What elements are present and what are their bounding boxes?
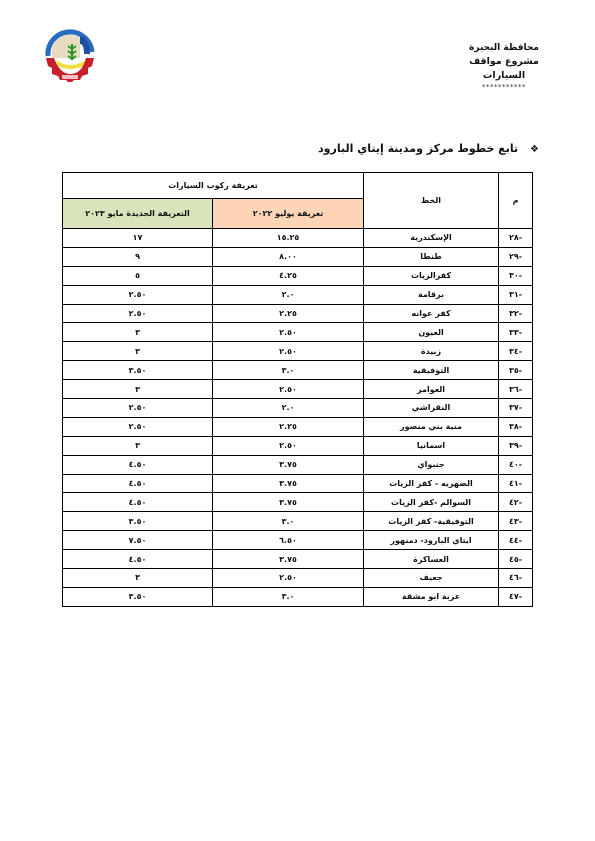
table-row: -٣٥التوفيقية٣.٠٣.٥٠ <box>63 361 533 380</box>
row-number: -٤٤ <box>499 531 533 550</box>
new-fare: ٢.٥٠ <box>63 304 213 323</box>
diamond-bullet-icon: ❖ <box>530 144 539 155</box>
route-name: ايتاي البارود- دمنهور <box>364 531 499 550</box>
old-fare: ٢.٥٠ <box>213 436 364 455</box>
row-number: -٣٠ <box>499 266 533 285</box>
row-number: -٤٧ <box>499 587 533 606</box>
table-row: -٢٨الإسكندرية١٥.٢٥١٧ <box>63 229 533 248</box>
header-fare-group: تعريفة ركوب السيارات <box>63 173 364 199</box>
row-number: -٣٣ <box>499 323 533 342</box>
row-number: -٣٧ <box>499 399 533 418</box>
row-number: -٣١ <box>499 285 533 304</box>
route-name: التوفيقية- كفر الزيات <box>364 512 499 531</box>
new-fare: ٢.٥٠ <box>63 399 213 418</box>
route-name: النقراشي <box>364 399 499 418</box>
route-name: الإسكندرية <box>364 229 499 248</box>
governorate-emblem-icon <box>40 18 100 84</box>
route-name: جعيف <box>364 569 499 588</box>
row-number: -٣٩ <box>499 436 533 455</box>
old-fare: ٢.٢٥ <box>213 417 364 436</box>
table-row: -٤١الضهريه - كفر الزيات٣.٧٥٤.٥٠ <box>63 474 533 493</box>
row-number: -٤٥ <box>499 550 533 569</box>
new-fare: ٣ <box>63 569 213 588</box>
old-fare: ٤.٢٥ <box>213 266 364 285</box>
project-name: مشروع مواقف السيارات <box>449 55 559 83</box>
new-fare: ٣.٥٠ <box>63 587 213 606</box>
route-name: كفرالزيات <box>364 266 499 285</box>
new-fare: ٣ <box>63 342 213 361</box>
old-fare: ٣.٧٥ <box>213 474 364 493</box>
table-row: -٢٩طنطا٨.٠٠٩ <box>63 247 533 266</box>
row-number: -٤٦ <box>499 569 533 588</box>
row-number: -٣٨ <box>499 417 533 436</box>
route-name: جنبواي <box>364 455 499 474</box>
governorate-logo <box>40 18 100 84</box>
route-name: منية بني منصور <box>364 417 499 436</box>
header-index: م <box>499 173 533 229</box>
new-fare: ٣ <box>63 323 213 342</box>
decorative-stars: *********** <box>449 83 559 92</box>
route-name: كفر عوانه <box>364 304 499 323</box>
row-number: -٣٥ <box>499 361 533 380</box>
row-number: -٢٩ <box>499 247 533 266</box>
old-fare: ٨.٠٠ <box>213 247 364 266</box>
route-name: السوالم -كفر الزيات <box>364 493 499 512</box>
row-number: -٣٦ <box>499 380 533 399</box>
new-fare: ٣.٥٠ <box>63 361 213 380</box>
old-fare: ٣.٧٥ <box>213 455 364 474</box>
fares-table: م الخط تعريفة ركوب السيارات تعريفة يوليو… <box>62 172 533 607</box>
new-fare: ٥ <box>63 266 213 285</box>
table-row: -٤٤ايتاي البارود- دمنهور٦.٥٠٧.٥٠ <box>63 531 533 550</box>
table-row: -٣٤زبيدة٢.٥٠٣ <box>63 342 533 361</box>
table-row: -٣٢كفر عوانه٢.٢٥٢.٥٠ <box>63 304 533 323</box>
old-fare: ٣.٠ <box>213 587 364 606</box>
old-fare: ٣.٧٥ <box>213 493 364 512</box>
row-number: -٣٤ <box>499 342 533 361</box>
table-row: -٣١برقامة٢.٠٢.٥٠ <box>63 285 533 304</box>
new-fare: ٣ <box>63 380 213 399</box>
old-fare: ٢.٢٥ <box>213 304 364 323</box>
table-row: -٣٩اسمانيا٢.٥٠٣ <box>63 436 533 455</box>
old-fare: ٢.٠ <box>213 399 364 418</box>
row-number: -٤٣ <box>499 512 533 531</box>
table-row: -٤٥العساكرة٣.٧٥٤.٥٠ <box>63 550 533 569</box>
route-name: الضهريه - كفر الزيات <box>364 474 499 493</box>
header-new-fare: التعريفة الجديدة مايو ٢٠٢٣ <box>63 199 213 229</box>
old-fare: ٣.٧٥ <box>213 550 364 569</box>
old-fare: ١٥.٢٥ <box>213 229 364 248</box>
new-fare: ٤.٥٠ <box>63 474 213 493</box>
header-old-fare: تعريفة يوليو ٢٠٢٢ <box>213 199 364 229</box>
new-fare: ٧.٥٠ <box>63 531 213 550</box>
route-name: العساكرة <box>364 550 499 569</box>
table-row: -٣٨منية بني منصور٢.٢٥٢.٥٠ <box>63 417 533 436</box>
table-row: -٤٦جعيف٢.٥٠٣ <box>63 569 533 588</box>
new-fare: ٣.٥٠ <box>63 512 213 531</box>
row-number: -٤٢ <box>499 493 533 512</box>
row-number: -٢٨ <box>499 229 533 248</box>
old-fare: ٢.٥٠ <box>213 380 364 399</box>
row-number: -٤٠ <box>499 455 533 474</box>
new-fare: ٤.٥٠ <box>63 493 213 512</box>
old-fare: ٢.٥٠ <box>213 323 364 342</box>
old-fare: ٢.٥٠ <box>213 569 364 588</box>
section-title-text: تابع خطوط مركز ومدينة إيتاي البارود <box>318 142 518 155</box>
old-fare: ٣.٠ <box>213 512 364 531</box>
section-title: ❖ تابع خطوط مركز ومدينة إيتاي البارود <box>318 142 539 155</box>
route-name: زبيدة <box>364 342 499 361</box>
table-row: -٣٠كفرالزيات٤.٢٥٥ <box>63 266 533 285</box>
governorate-name: محافظة البحيرة <box>449 42 559 55</box>
new-fare: ١٧ <box>63 229 213 248</box>
old-fare: ٢.٥٠ <box>213 342 364 361</box>
new-fare: ٤.٥٠ <box>63 455 213 474</box>
row-number: -٤١ <box>499 474 533 493</box>
header-route: الخط <box>364 173 499 229</box>
route-name: عزبة ابو مشقة <box>364 587 499 606</box>
old-fare: ٣.٠ <box>213 361 364 380</box>
table-row: -٤٣التوفيقية- كفر الزيات٣.٠٣.٥٠ <box>63 512 533 531</box>
route-name: برقامة <box>364 285 499 304</box>
route-name: اسمانيا <box>364 436 499 455</box>
new-fare: ٢.٥٠ <box>63 417 213 436</box>
organization-header: محافظة البحيرة مشروع مواقف السيارات ****… <box>449 42 559 92</box>
old-fare: ٦.٥٠ <box>213 531 364 550</box>
route-name: العيون <box>364 323 499 342</box>
table-row: -٣٧النقراشي٢.٠٢.٥٠ <box>63 399 533 418</box>
table-row: -٤٠جنبواي٣.٧٥٤.٥٠ <box>63 455 533 474</box>
old-fare: ٢.٠ <box>213 285 364 304</box>
new-fare: ٩ <box>63 247 213 266</box>
table-row: -٤٢السوالم -كفر الزيات٣.٧٥٤.٥٠ <box>63 493 533 512</box>
table-row: -٤٧عزبة ابو مشقة٣.٠٣.٥٠ <box>63 587 533 606</box>
new-fare: ٤.٥٠ <box>63 550 213 569</box>
table-row: -٣٦العوامر٢.٥٠٣ <box>63 380 533 399</box>
route-name: العوامر <box>364 380 499 399</box>
new-fare: ٢.٥٠ <box>63 285 213 304</box>
route-name: التوفيقية <box>364 361 499 380</box>
table-row: -٣٣العيون٢.٥٠٣ <box>63 323 533 342</box>
new-fare: ٣ <box>63 436 213 455</box>
row-number: -٣٢ <box>499 304 533 323</box>
route-name: طنطا <box>364 247 499 266</box>
